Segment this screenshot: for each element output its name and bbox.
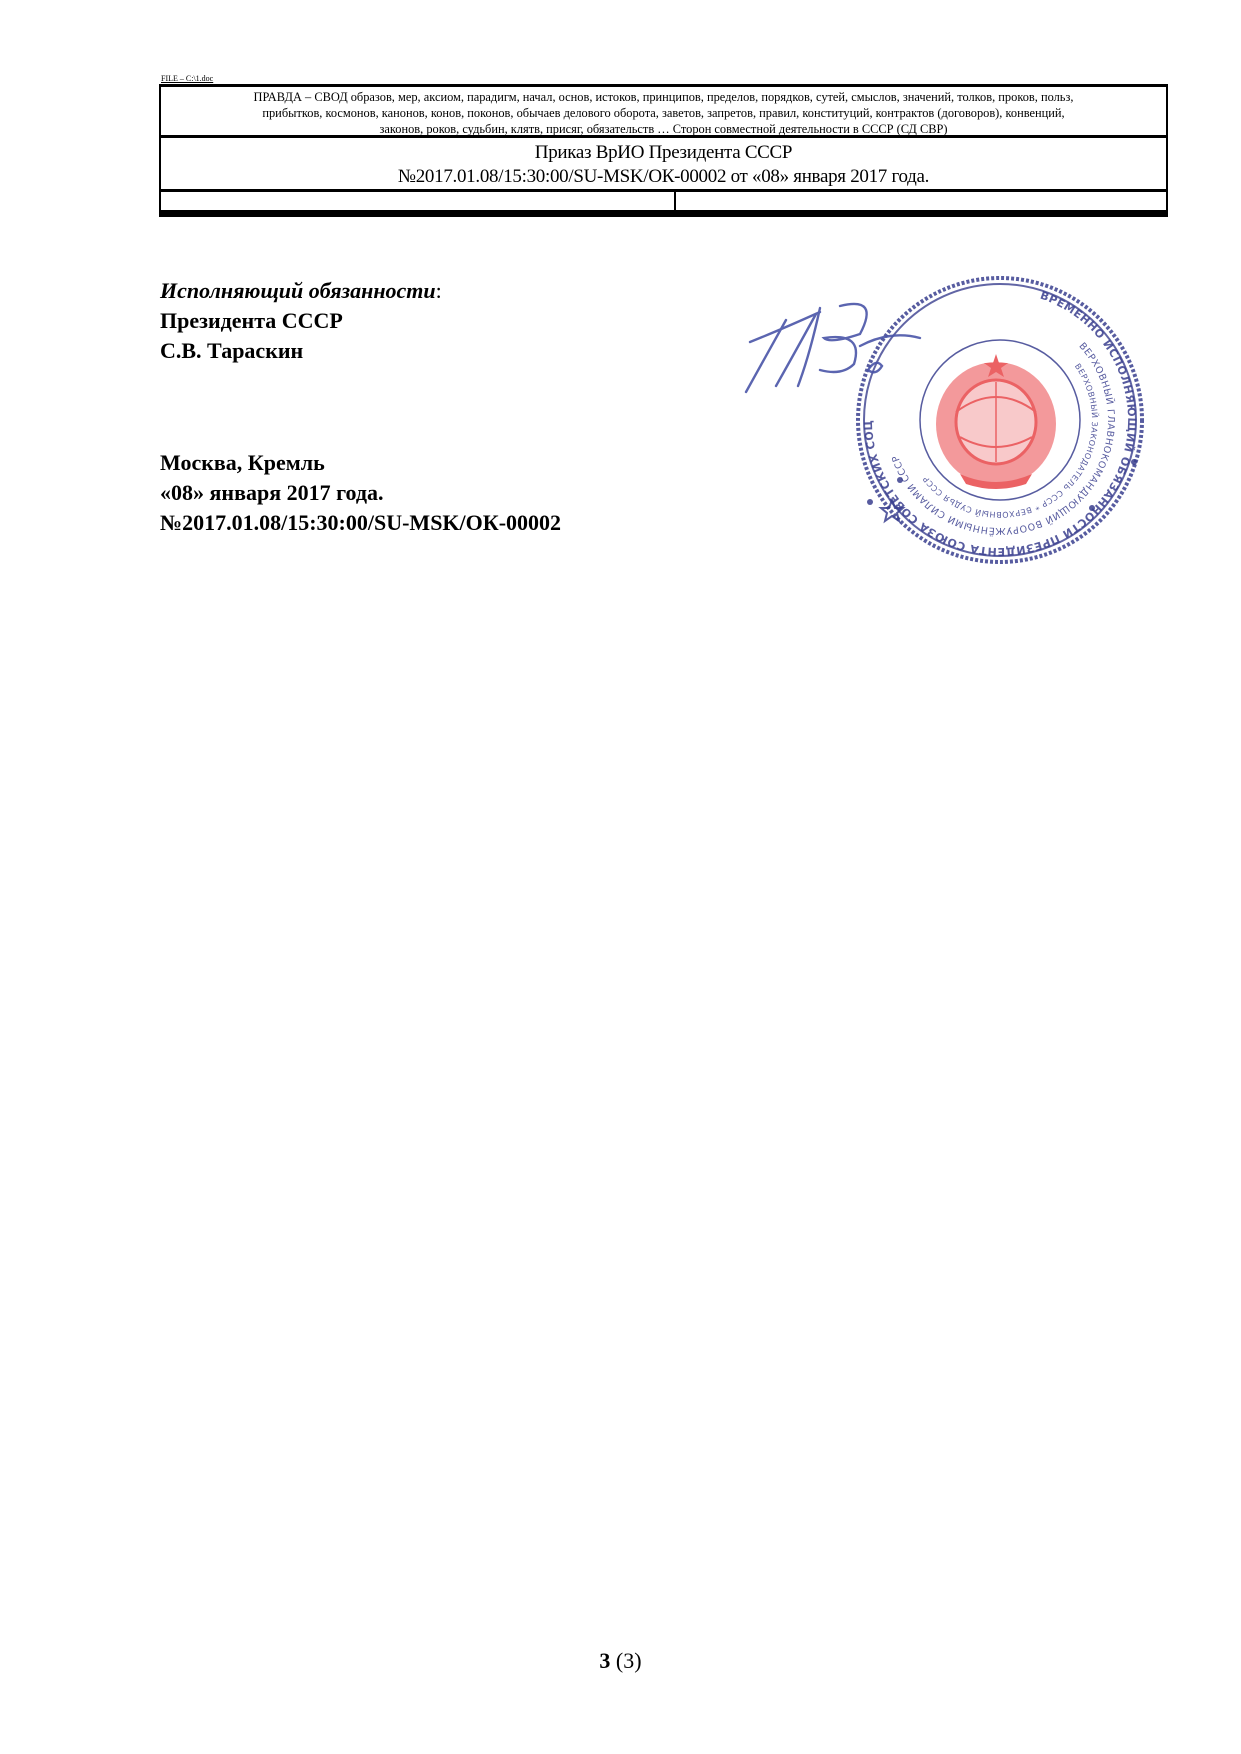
document-number: №2017.01.08/15:30:00/SU-MSK/ОК-00002 [160, 508, 561, 538]
page-number: 3 (3) [0, 1648, 1241, 1674]
handwritten-signature [746, 304, 920, 392]
header-table: ПРАВДА – СВОД образов, мер, аксиом, пара… [159, 84, 1168, 214]
page-total: (3) [616, 1648, 642, 1673]
seal-outer-text: ВРЕМЕННО ИСПОЛНЯЮЩИЙ ОБЯЗАННОСТИ ПРЕЗИДЕ… [720, 262, 1138, 558]
official-seal: ВРЕМЕННО ИСПОЛНЯЮЩИЙ ОБЯЗАННОСТИ ПРЕЗИДЕ… [720, 262, 1142, 562]
file-label: FILE – C:\1.doc [161, 74, 213, 84]
role-label: Исполняющий обязанности [160, 278, 436, 303]
motto-line-2: прибытков, космонов, канонов, конов, пок… [161, 105, 1166, 121]
header-bottom-rule [159, 210, 1168, 217]
order-title: Приказ ВрИО Президента СССР [161, 141, 1166, 165]
seal-and-signature: ВРЕМЕННО ИСПОЛНЯЮЩИЙ ОБЯЗАННОСТИ ПРЕЗИДЕ… [720, 262, 1170, 572]
motto-line-3: законов, роков, судьбин, клятв, присяг, … [161, 121, 1166, 137]
motto-line-1: ПРАВДА – СВОД образов, мер, аксиом, пара… [161, 89, 1166, 105]
signature-block: Исполняющий обязанности: Президента СССР… [160, 276, 442, 366]
date: «08» января 2017 года. [160, 478, 561, 508]
header-title: Приказ ВрИО Президента СССР №2017.01.08/… [161, 138, 1166, 192]
role-title: Президента СССР [160, 306, 442, 336]
state-emblem-icon [936, 354, 1056, 489]
signer-name: С.В. Тараскин [160, 336, 442, 366]
order-number-date: №2017.01.08/15:30:00/SU-MSK/ОК-00002 от … [161, 165, 1166, 189]
header-empty-row [161, 192, 1166, 210]
column-divider [674, 192, 676, 210]
role-colon: : [436, 278, 442, 303]
place-date-block: Москва, Кремль «08» января 2017 года. №2… [160, 448, 561, 538]
header-motto: ПРАВДА – СВОД образов, мер, аксиом, пара… [161, 87, 1166, 138]
page-current: 3 [599, 1648, 610, 1673]
svg-text:ВРЕМЕННО ИСПОЛНЯЮЩИЙ ОБЯЗАННОС: ВРЕМЕННО ИСПОЛНЯЮЩИЙ ОБЯЗАННОСТИ ПРЕЗИДЕ… [720, 262, 1138, 558]
place: Москва, Кремль [160, 448, 561, 478]
